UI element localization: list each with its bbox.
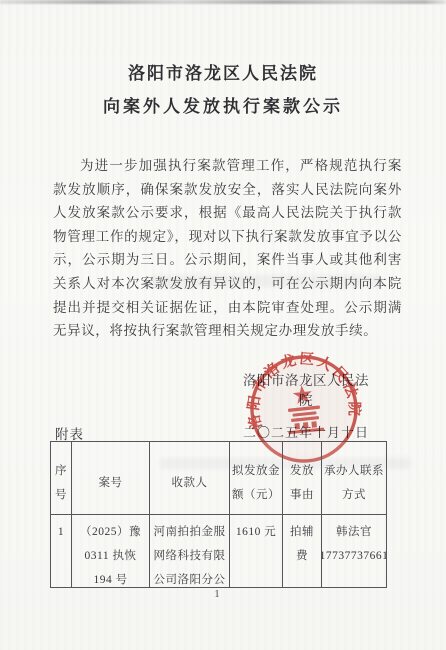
col-header-payee: 收款人 xyxy=(150,442,230,514)
cell-amount: 1610 元 xyxy=(230,515,283,587)
col-header-amount: 拟发放金额（元） xyxy=(230,442,283,514)
case-payout-table: 序号 案号 收款人 拟发放金额（元） 发放事由 承办人联系方式 1 （2025）… xyxy=(50,441,387,588)
cell-case-no: （2025）豫 0311 执恢 194 号 xyxy=(72,515,150,587)
table-row: 1 （2025）豫 0311 执恢 194 号 河南拍拍金服网络科技有限公司洛阳… xyxy=(51,515,386,587)
cell-contact-phone: 17737737661 xyxy=(322,544,386,568)
signature-date: 二〇二五年十月十日 xyxy=(238,422,374,441)
cell-seq: 1 xyxy=(51,515,72,587)
notice-body-paragraph: 为进一步加强执行案款管理工作，严格规范执行案款发放顺序，确保案款发放安全，落实人… xyxy=(53,154,402,343)
col-header-seq: 序号 xyxy=(51,442,72,514)
scanned-notice-page: 洛阳市洛龙区人民法院 向案外人发放执行案款公示 为进一步加强执行案款管理工作，严… xyxy=(0,0,446,650)
cell-contact: 韩法官 17737737661 xyxy=(322,515,386,587)
table-header-row: 序号 案号 收款人 拟发放金额（元） 发放事由 承办人联系方式 xyxy=(51,442,386,515)
court-name-title: 洛阳市洛龙区人民法院 xyxy=(0,59,446,84)
scan-artifact-top xyxy=(0,0,446,4)
cell-payee: 河南拍拍金服网络科技有限公司洛阳分公司 xyxy=(150,515,230,587)
signature-block: 洛阳市洛龙区人民法院 二〇二五年十月十日 xyxy=(238,369,374,441)
col-header-contact: 承办人联系方式 xyxy=(322,442,386,514)
attachment-table-label: 附表 xyxy=(55,423,84,443)
col-header-reason: 发放事由 xyxy=(283,442,322,514)
notice-title: 向案外人发放执行案款公示 xyxy=(0,92,446,117)
cell-reason: 拍辅费 xyxy=(283,515,322,587)
signature-court-name: 洛阳市洛龙区人民法院 xyxy=(238,369,374,409)
cell-contact-name: 韩法官 xyxy=(336,520,372,544)
page-number: 1 xyxy=(0,589,434,600)
col-header-case-no: 案号 xyxy=(72,442,150,514)
